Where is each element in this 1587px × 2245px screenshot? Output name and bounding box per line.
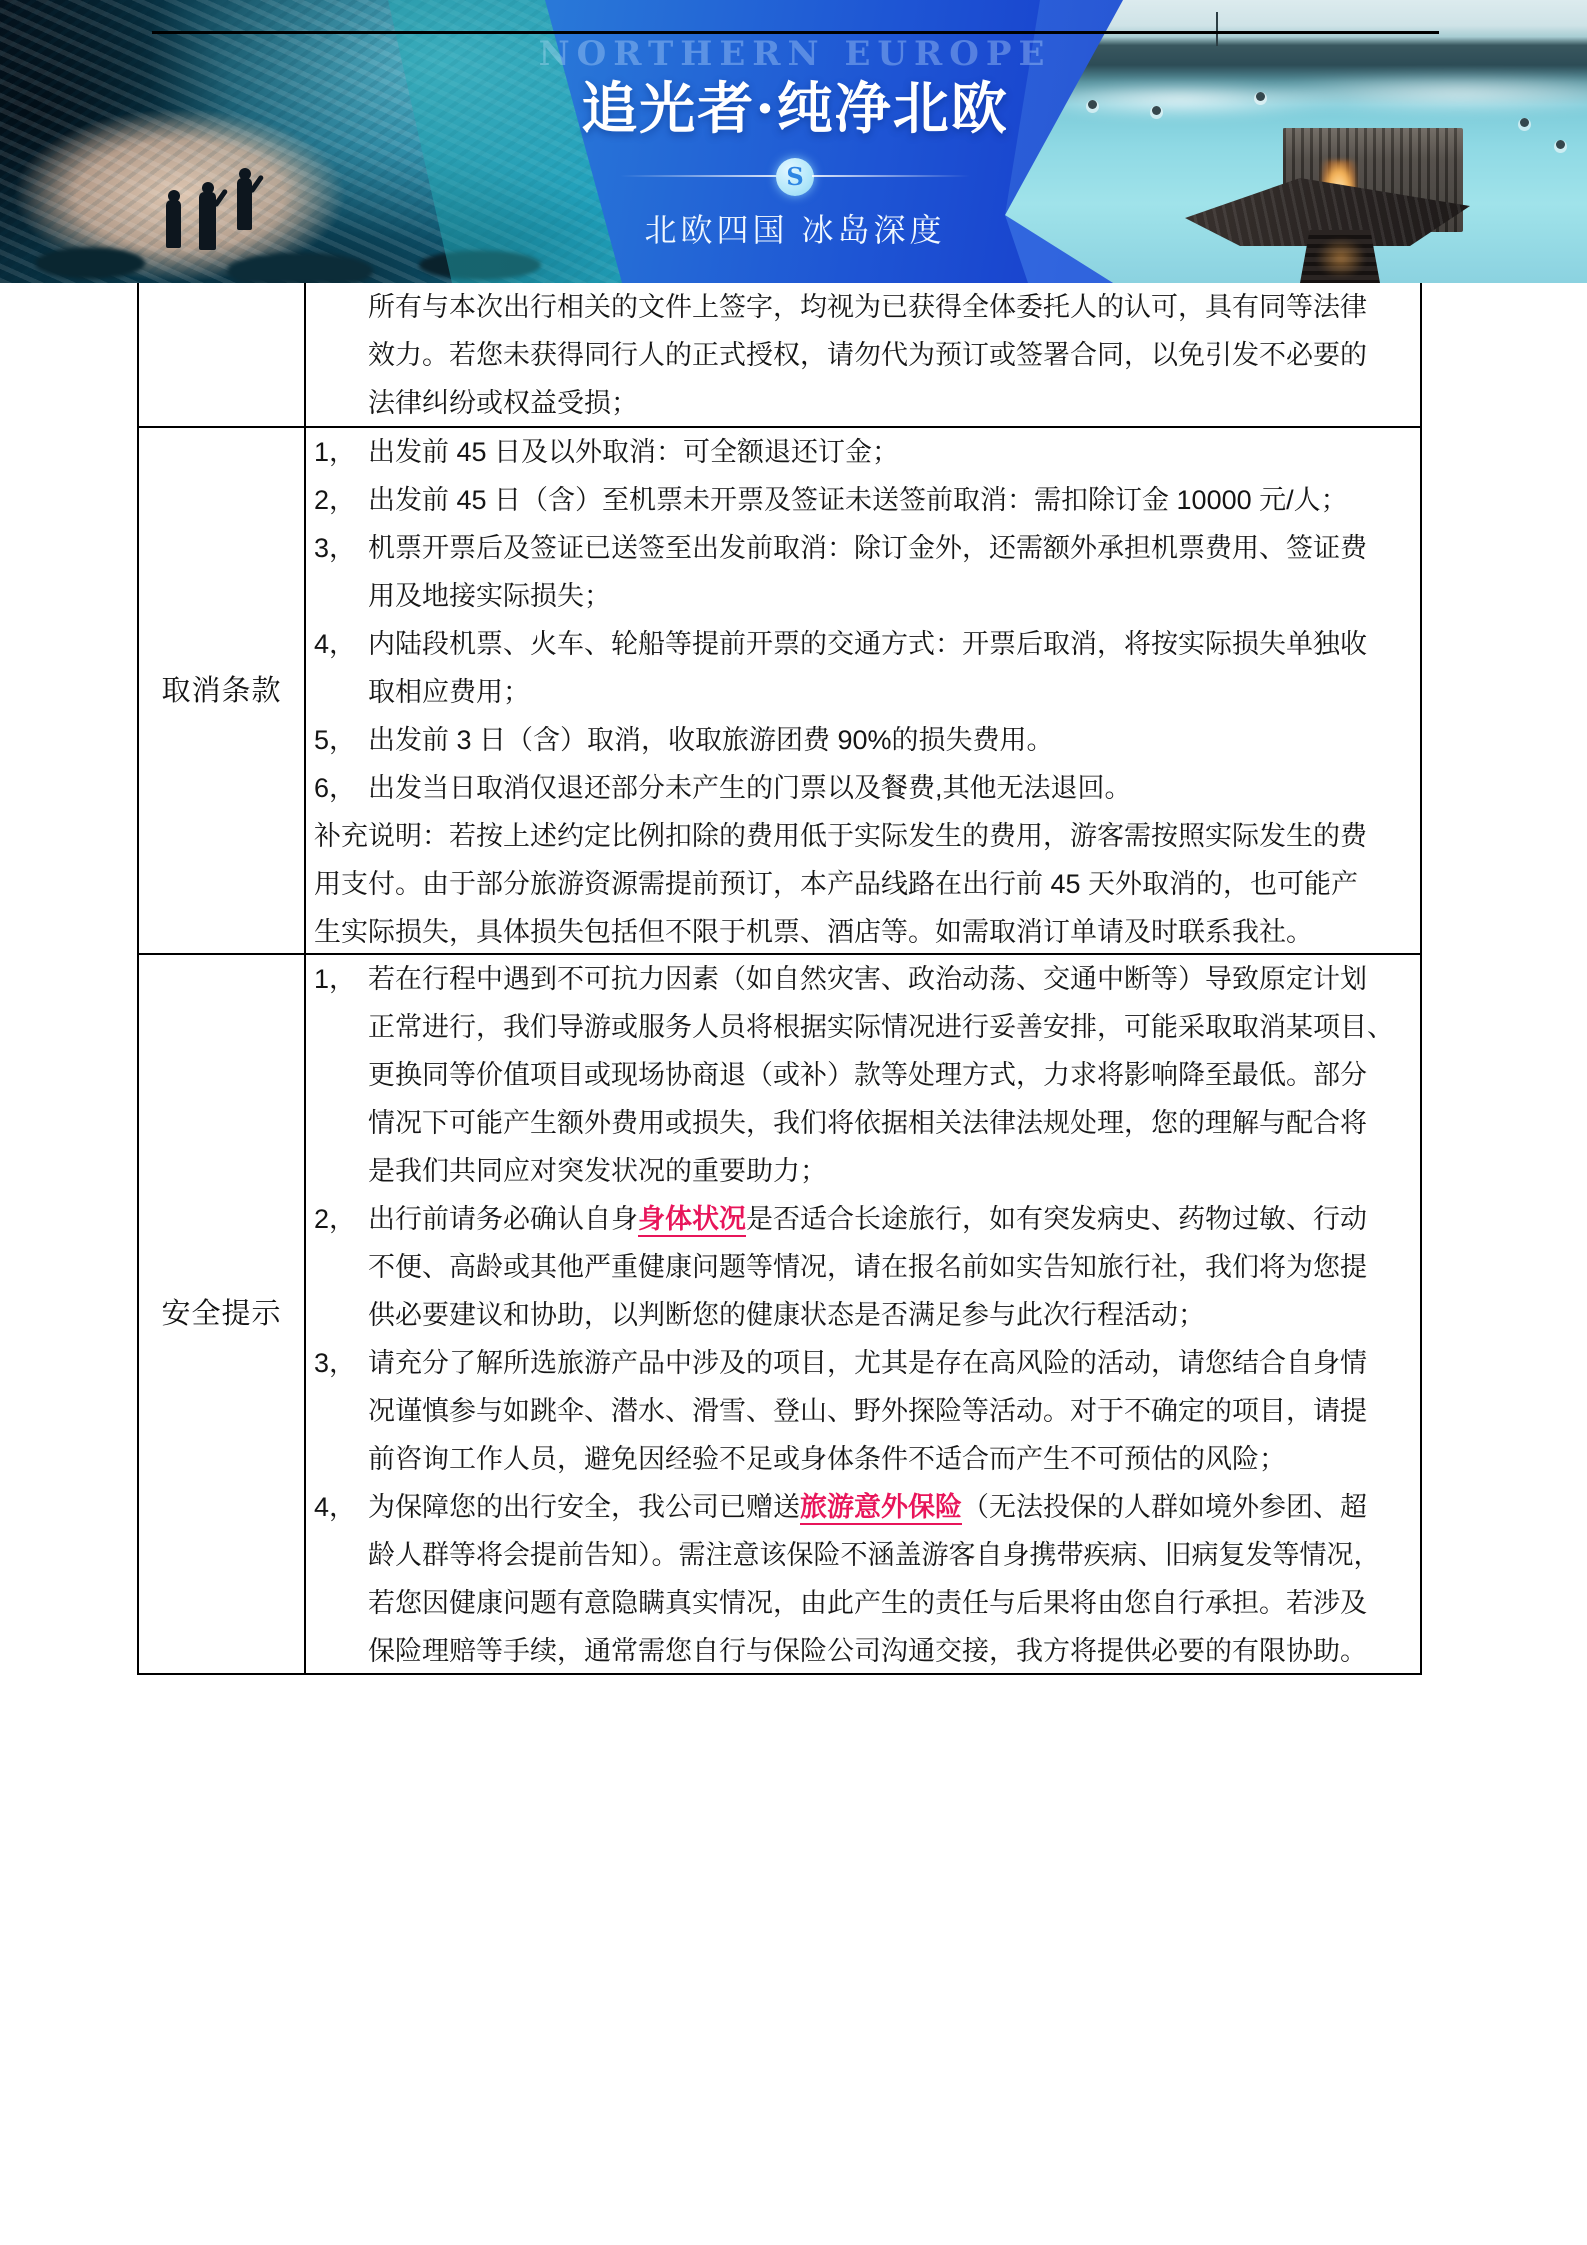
banner-subtitle: 北欧四国 冰岛深度 [480,208,1110,252]
divider-line-right [812,175,970,177]
banner-title: 追光者·纯净北欧 [480,78,1110,140]
item-number: 2， [314,1195,368,1339]
banner-overline: NORTHERN EUROPE [480,36,1110,72]
banner: NORTHERN EUROPE 追光者·纯净北欧 S 北欧四国 冰岛深度 [0,0,1587,283]
supplement-note: 补充说明：若按上述约定比例扣除的费用低于实际发生的费用，游客需按照实际发生的费 … [314,812,1410,953]
terms-table: 所有与本次出行相关的文件上签字，均视为已获得全体委托人的认可，具有同等法律 效力… [137,283,1422,1675]
mast-silhouette [1216,12,1218,46]
row-header-empty [139,283,306,426]
item-text: 若在行程中遇到不可抗力因素（如自然灾害、政治动荡、交通中断等）导致原定计划 正常… [368,955,1410,1195]
banner-divider: S [480,158,1110,194]
row-header-safety: 安全提示 [139,955,306,1673]
list-item: 5， 出发前 3 日（含）取消，收取旅游团费 90%的损失费用。 [314,716,1410,764]
highlighted-phrase-insurance: 旅游意外保险 [800,1492,962,1522]
item-number: 6， [314,764,368,812]
item-text-prefix: 为保障您的出行安全，我公司已赠送 [368,1492,800,1522]
swimmer-dot [1256,92,1265,101]
list-item: 1， 出发前 45 日及以外取消：可全额退还订金； [314,428,1410,476]
table-row-safety: 安全提示 1， 若在行程中遇到不可抗力因素（如自然灾害、政治动荡、交通中断等）导… [139,953,1420,1673]
item-text: 出发前 45 日及以外取消：可全额退还订金； [368,428,1410,476]
continuation-paragraph: 所有与本次出行相关的文件上签字，均视为已获得全体委托人的认可，具有同等法律 效力… [314,283,1410,426]
item-number: 4， [314,620,368,716]
item-number: 3， [314,1339,368,1483]
item-number: 1， [314,428,368,476]
brand-logo-icon: S [776,158,814,196]
logo-glyph: S [786,165,803,189]
glow-reflection [1316,238,1366,278]
row-content: 1， 出发前 45 日及以外取消：可全额退还订金； 2， 出发前 45 日（含）… [306,428,1420,953]
row-content: 所有与本次出行相关的文件上签字，均视为已获得全体委托人的认可，具有同等法律 效力… [306,283,1420,426]
item-text-prefix: 出行前请务必确认自身 [368,1204,638,1234]
item-text: 内陆段机票、火车、轮船等提前开票的交通方式：开票后取消，将按实际损失单独收 取相… [368,620,1410,716]
item-text: 出发前 3 日（含）取消，收取旅游团费 90%的损失费用。 [368,716,1410,764]
item-number: 3， [314,524,368,620]
list-item: 6， 出发当日取消仅退还部分未产生的门票以及餐费,其他无法退回。 [314,764,1410,812]
item-number: 5， [314,716,368,764]
item-number: 1， [314,955,368,1195]
list-item: 3， 机票开票后及签证已送签至出发前取消：除订金外，还需额外承担机票费用、签证费… [314,524,1410,620]
list-item: 3， 请充分了解所选旅游产品中涉及的项目，尤其是存在高风险的活动，请您结合自身情… [314,1339,1410,1483]
row-content: 1， 若在行程中遇到不可抗力因素（如自然灾害、政治动荡、交通中断等）导致原定计划… [306,955,1420,1673]
table-row-continuation: 所有与本次出行相关的文件上签字，均视为已获得全体委托人的认可，具有同等法律 效力… [139,283,1420,426]
divider-line-left [620,175,778,177]
item-text: 为保障您的出行安全，我公司已赠送旅游意外保险（无法投保的人群如境外参团、超 龄人… [368,1483,1410,1673]
item-text: 出发前 45 日（含）至机票未开票及签证未送签前取消：需扣除订金 10000 元… [368,476,1410,524]
item-number: 4， [314,1483,368,1673]
item-number: 2， [314,476,368,524]
item-text: 机票开票后及签证已送签至出发前取消：除订金外，还需额外承担机票费用、签证费 用及… [368,524,1410,620]
banner-text-block: NORTHERN EUROPE 追光者·纯净北欧 S 北欧四国 冰岛深度 [480,36,1110,252]
table-row-cancellation: 取消条款 1， 出发前 45 日及以外取消：可全额退还订金； 2， 出发前 45… [139,426,1420,953]
list-item: 2， 出行前请务必确认自身身体状况是否适合长途旅行，如有突发病史、药物过敏、行动… [314,1195,1410,1339]
row-header-cancellation: 取消条款 [139,428,306,953]
list-item: 1， 若在行程中遇到不可抗力因素（如自然灾害、政治动荡、交通中断等）导致原定计划… [314,955,1410,1195]
list-item: 4， 为保障您的出行安全，我公司已赠送旅游意外保险（无法投保的人群如境外参团、超… [314,1483,1410,1673]
list-item: 4， 内陆段机票、火车、轮船等提前开票的交通方式：开票后取消，将按实际损失单独收… [314,620,1410,716]
item-text: 请充分了解所选旅游产品中涉及的项目，尤其是存在高风险的活动，请您结合自身情 况谨… [368,1339,1410,1483]
swimmer-dot [1520,118,1529,127]
document-page: NORTHERN EUROPE 追光者·纯净北欧 S 北欧四国 冰岛深度 所有与… [0,0,1587,2245]
swimmer-dot [1556,140,1565,149]
item-text: 出发当日取消仅退还部分未产生的门票以及餐费,其他无法退回。 [368,764,1410,812]
swimmer-dot [1152,106,1161,115]
list-item: 2， 出发前 45 日（含）至机票未开票及签证未送签前取消：需扣除订金 1000… [314,476,1410,524]
highlighted-phrase-health: 身体状况 [638,1204,746,1234]
item-text: 出行前请务必确认自身身体状况是否适合长途旅行，如有突发病史、药物过敏、行动 不便… [368,1195,1410,1339]
